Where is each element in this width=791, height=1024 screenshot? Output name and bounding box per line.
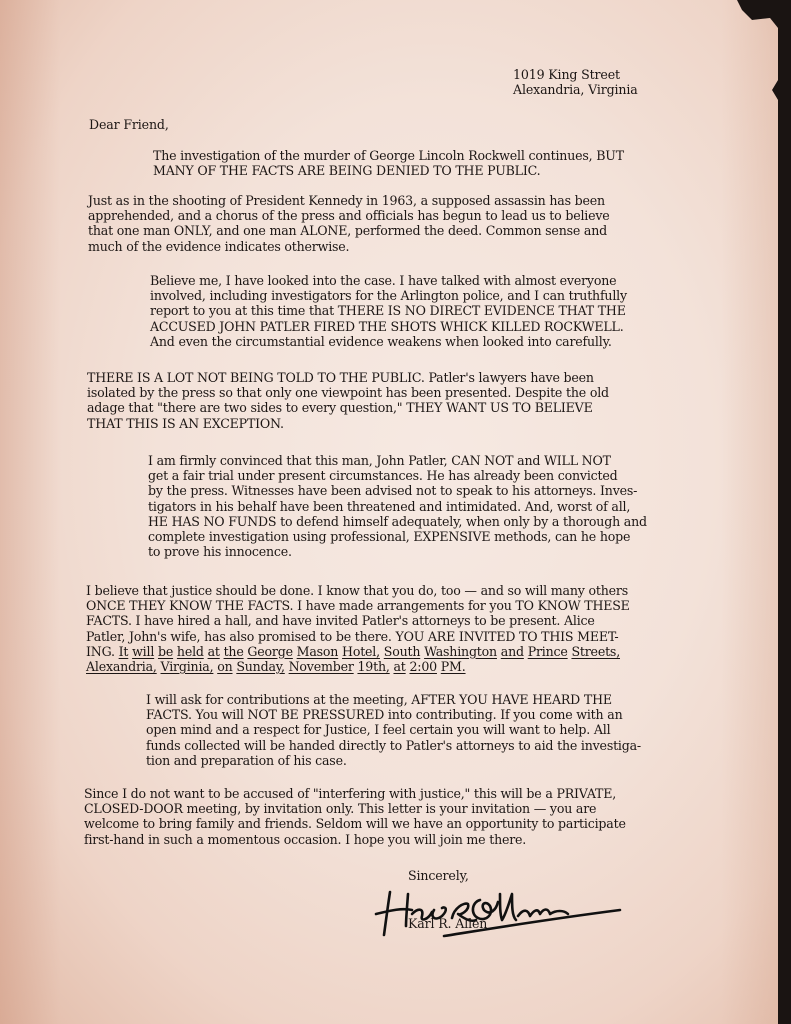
text-line: HE HAS NO FUNDS to defend himself adequa… (148, 514, 647, 529)
underlined-word: 19th, (357, 659, 389, 674)
text-line: The investigation of the murder of Georg… (153, 148, 624, 163)
text-line: Patler, John's wife, has also promised t… (86, 629, 630, 644)
text-line: report to you at this time that THERE IS… (150, 303, 627, 318)
underlined-word: George (247, 644, 292, 659)
paragraph-contributions: I will ask for contributions at the meet… (146, 692, 641, 768)
underlined-word: at (393, 659, 405, 674)
paragraph-private-meeting: Since I do not want to be accused of "in… (84, 786, 626, 847)
text-line: THERE IS A LOT NOT BEING TOLD TO THE PUB… (87, 370, 609, 385)
paragraph-fair-trial: I am firmly convinced that this man, Joh… (148, 453, 647, 559)
address-line: Alexandria, Virginia (513, 82, 638, 97)
text-line: involved, including investigators for th… (150, 288, 627, 303)
text-line: ACCUSED JOHN PATLER FIRED THE SHOTS WHIC… (150, 319, 627, 334)
text-line: MANY OF THE FACTS ARE BEING DENIED TO TH… (153, 163, 624, 178)
text-line: tion and preparation of his case. (146, 753, 641, 768)
text-line: isolated by the press so that only one v… (87, 385, 609, 400)
signer-name: Karl R. Allen (408, 916, 487, 931)
paragraph-kennedy: Just as in the shooting of President Ken… (88, 193, 610, 254)
underlined-word: Virginia, (161, 659, 214, 674)
line-prefix: ING. (86, 644, 119, 659)
underlined-word: Mason (297, 644, 339, 659)
text-line: I am firmly convinced that this man, Joh… (148, 453, 647, 468)
text-line: Just as in the shooting of President Ken… (88, 193, 610, 208)
text-line: FACTS. You will NOT BE PRESSURED into co… (146, 707, 641, 722)
underlined-word: 2:00 (409, 659, 436, 674)
text-line: to prove his innocence. (148, 544, 647, 559)
underlined-word: held (177, 644, 204, 659)
underlined-word: at (208, 644, 220, 659)
text-line: by the press. Witnesses have been advise… (148, 483, 647, 498)
text-line: THAT THIS IS AN EXCEPTION. (87, 416, 609, 431)
text-line: open mind and a respect for Justice, I f… (146, 722, 641, 737)
underlined-word: and (501, 644, 524, 659)
underlined-word: Washington (424, 644, 497, 659)
text-line: complete investigation using professiona… (148, 529, 647, 544)
underlined-word: the (224, 644, 244, 659)
text-line: apprehended, and a chorus of the press a… (88, 208, 610, 223)
underlined-word: November (289, 659, 354, 674)
letter-page: 1019 King Street Alexandria, Virginia De… (0, 0, 791, 1024)
text-line: first-hand in such a momentous occasion.… (84, 832, 626, 847)
text-line: Since I do not want to be accused of "in… (84, 786, 626, 801)
text-line: that one man ONLY, and one man ALONE, pe… (88, 223, 610, 238)
underlined-word: South (384, 644, 421, 659)
text-line: tigators in his behalf have been threate… (148, 499, 647, 514)
underlined-word: Prince (528, 644, 568, 659)
text-line: And even the circumstantial evidence wea… (150, 334, 627, 349)
underlined-word: Streets, (571, 644, 620, 659)
text-line: CLOSED-DOOR meeting, by invitation only.… (84, 801, 626, 816)
text-line: ONCE THEY KNOW THE FACTS. I have made ar… (86, 598, 630, 613)
text-line: welcome to bring family and friends. Sel… (84, 816, 626, 831)
paragraph-investigation: Believe me, I have looked into the case.… (150, 273, 627, 349)
text-line: funds collected will be handed directly … (146, 738, 641, 753)
text-line: I will ask for contributions at the meet… (146, 692, 641, 707)
text-line: FACTS. I have hired a hall, and have inv… (86, 613, 630, 628)
address-line: 1019 King Street (513, 67, 638, 82)
underlined-word: PM. (441, 659, 466, 674)
underlined-word: on (217, 659, 232, 674)
underlined-word: will (132, 644, 154, 659)
underlined-word: Hotel, (342, 644, 380, 659)
meeting-details-line: ING. It will be held at the George Mason… (86, 644, 630, 659)
salutation: Dear Friend, (89, 117, 169, 132)
underlined-word: It (119, 644, 129, 659)
paragraph-intro: The investigation of the murder of Georg… (153, 148, 624, 178)
paragraph-not-told: THERE IS A LOT NOT BEING TOLD TO THE PUB… (87, 370, 609, 431)
paragraph-meeting-invite: I believe that justice should be done. I… (86, 583, 630, 674)
meeting-details-line: Alexandria, Virginia, on Sunday, Novembe… (86, 659, 630, 674)
text-line: get a fair trial under present circumsta… (148, 468, 647, 483)
text-line: Believe me, I have looked into the case.… (150, 273, 627, 288)
text-line: much of the evidence indicates otherwise… (88, 239, 610, 254)
text-line: I believe that justice should be done. I… (86, 583, 630, 598)
underlined-word: Sunday, (236, 659, 284, 674)
text-line: adage that "there are two sides to every… (87, 400, 609, 415)
underlined-word: Alexandria, (86, 659, 157, 674)
underlined-word: be (158, 644, 173, 659)
sender-address: 1019 King Street Alexandria, Virginia (513, 67, 638, 97)
